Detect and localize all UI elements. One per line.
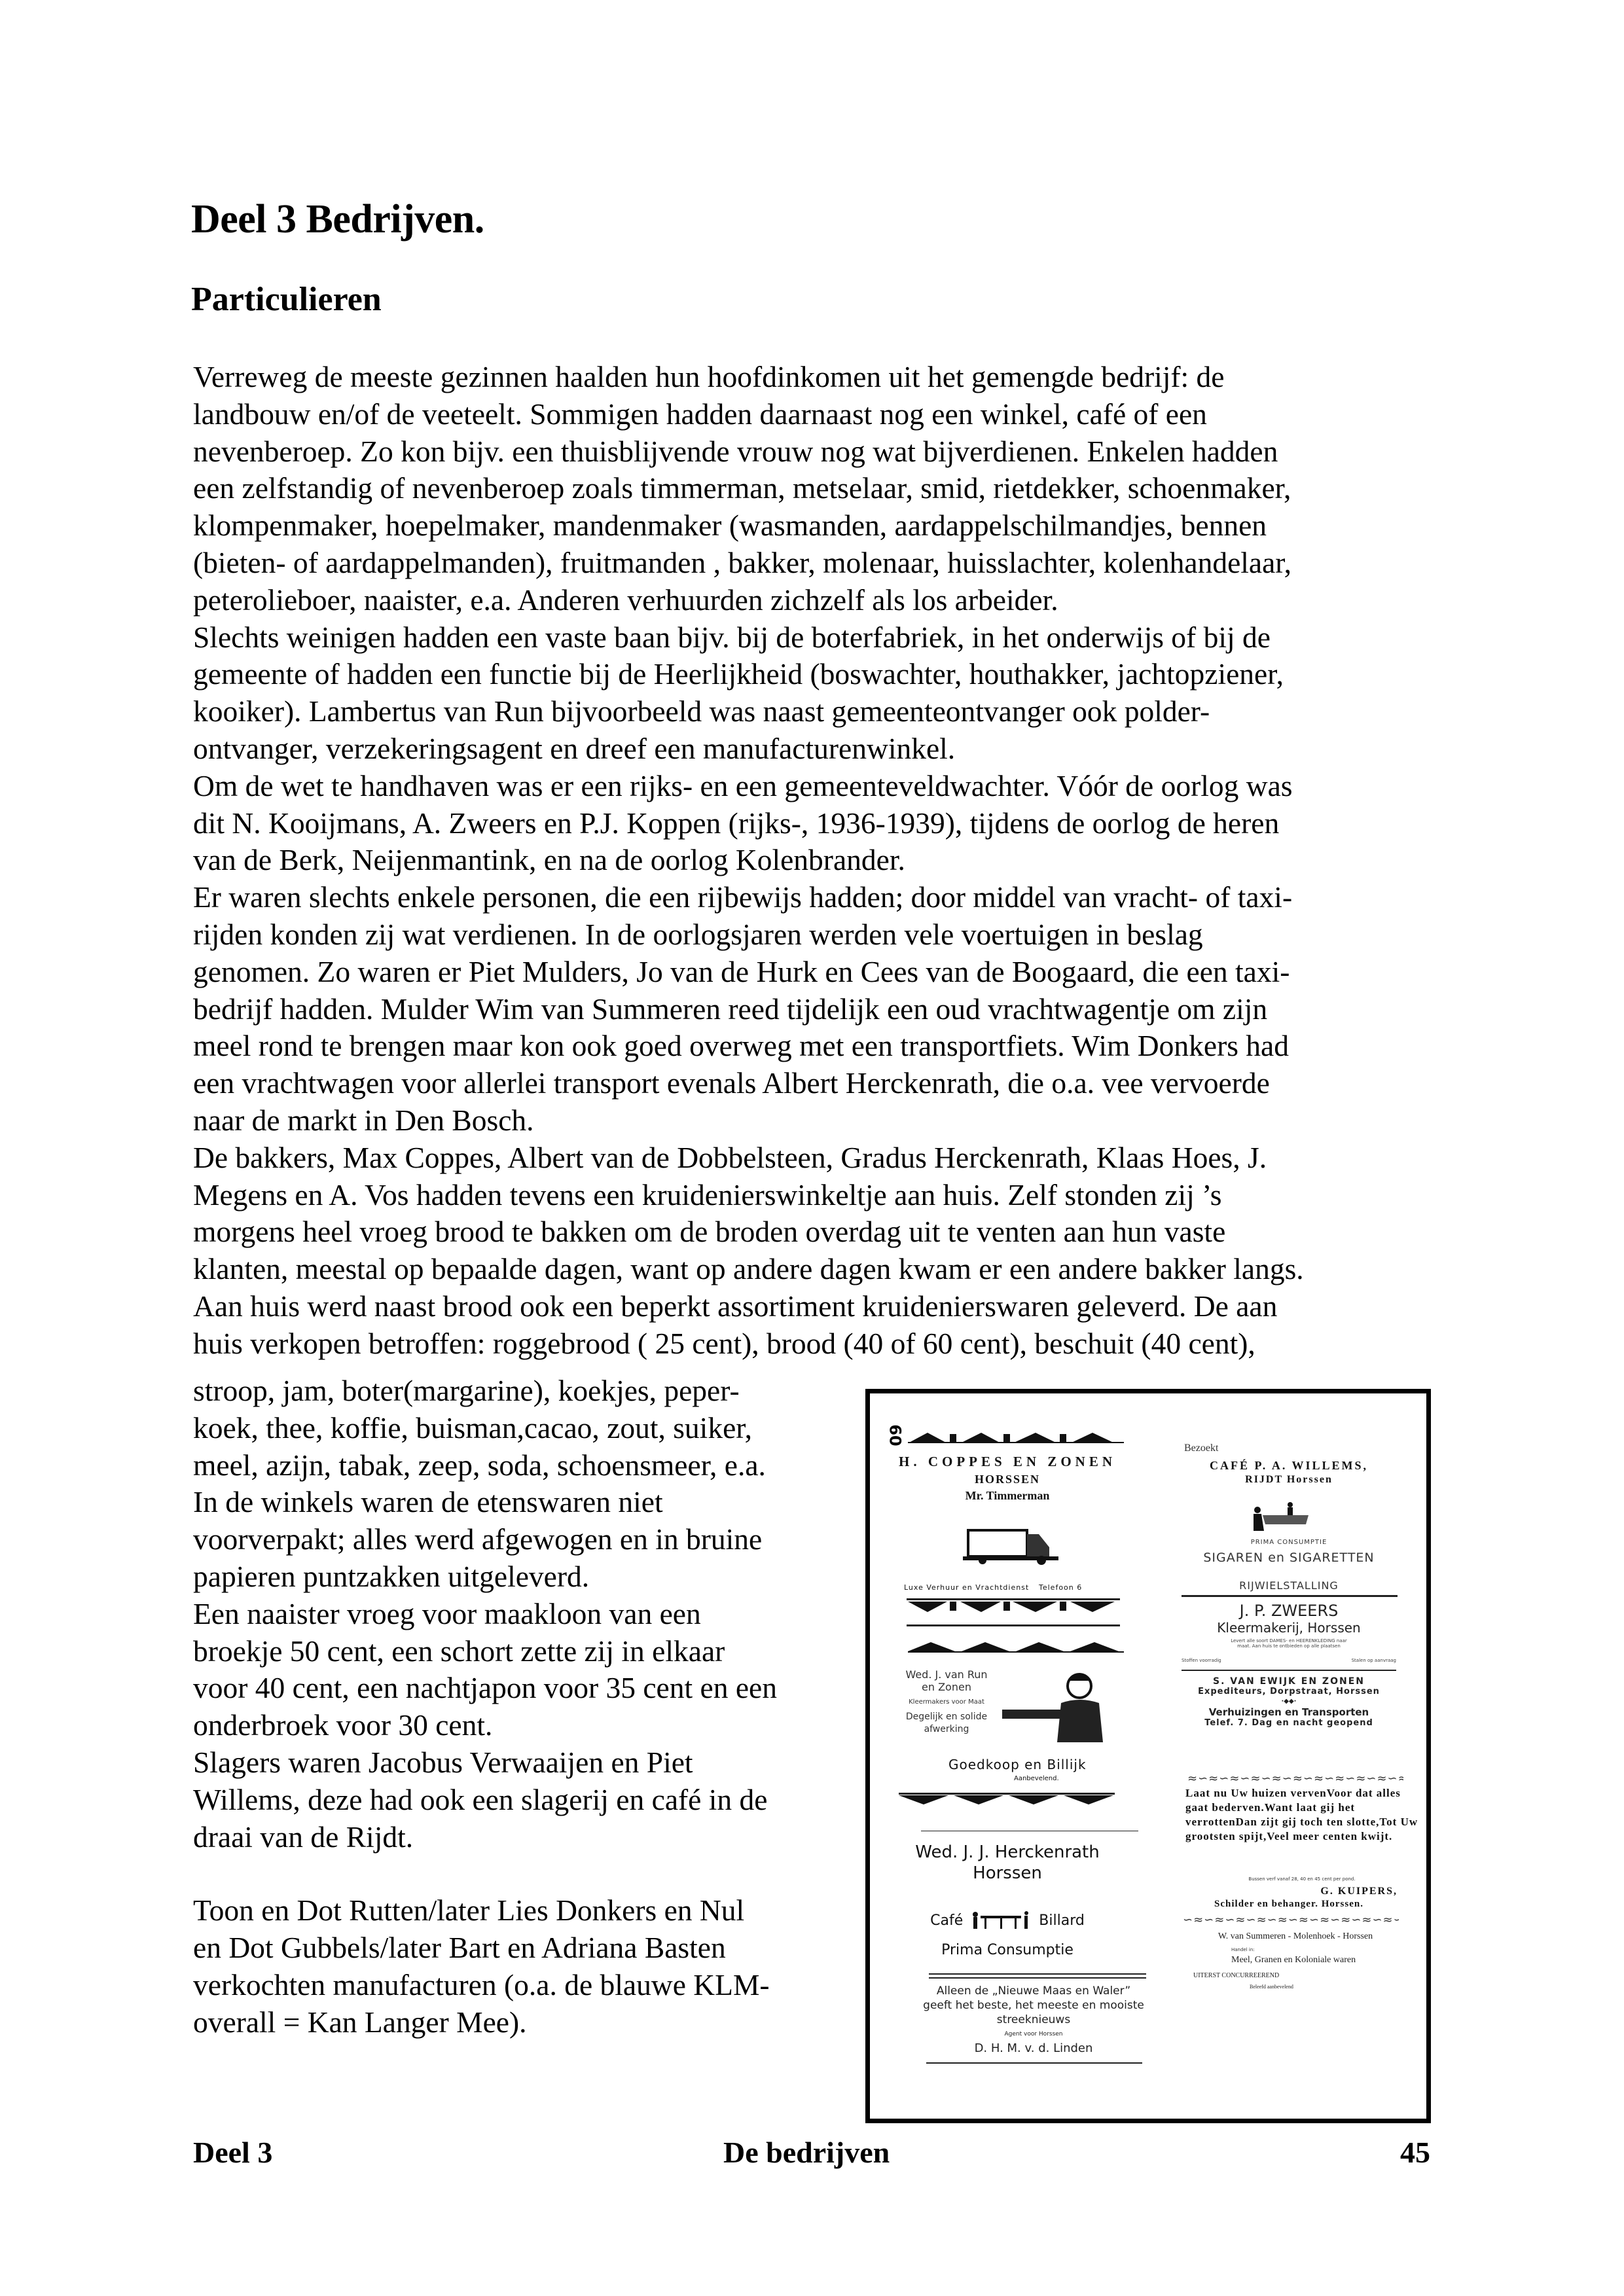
triangle-ornament-icon — [908, 1431, 1124, 1443]
ad-column-left: 60 H. COPPES EN ZONEN HORSSEN Mr. Timmer… — [870, 1393, 1145, 2119]
text-line: (bieten- of aardappelmanden), fruitmande… — [193, 545, 1437, 582]
ad-kuipers-price: Bussen verf vanaf 28, 40 en 45 cent per … — [1151, 1876, 1426, 1882]
ad-van-run: Wed. J. van Run en Zonen Kleermakers voo… — [897, 1668, 996, 1736]
ad-willems: CAFÉ P. A. WILLEMS, RIJDT Horssen — [1151, 1459, 1426, 1486]
page-footer: Deel 3 De bedrijven 45 — [193, 2135, 1430, 2174]
body-text-left-column: stroop, jam, boter(margarine), koekjes, … — [193, 1372, 854, 2041]
text-line: klompenmaker, hoepelmaker, mandenmaker (… — [193, 507, 1437, 545]
text-line: en Dot Gubbels/later Bart en Adriana Bas… — [193, 1929, 854, 1967]
text-line: papieren puntzakken uitgeleverd. — [193, 1558, 854, 1596]
ad-van-ewijk-phone: Telef. 7. Dag en nacht geopend — [1151, 1718, 1426, 1728]
text-line: Om de wet te handhaven was er een rijks-… — [193, 768, 1437, 805]
paragraph-gap — [193, 1856, 854, 1892]
ad-zweers-desc-2: maat. Aan huis te ontbieden op alle plaa… — [1151, 1643, 1426, 1649]
advertisement-scan-image: 60 H. COPPES EN ZONEN HORSSEN Mr. Timmer… — [865, 1389, 1431, 2123]
divider — [926, 2062, 1142, 2064]
ad-column-right: Bezoekt CAFÉ P. A. WILLEMS, RIJDT Horsse… — [1151, 1393, 1426, 2119]
text-line: Slechts weinigen hadden een vaste baan b… — [193, 619, 1437, 656]
ad-newspaper: Alleen de „Nieuwe Maas en Waler” geeft h… — [896, 1984, 1171, 2056]
text-line: Dan zijt gij toch ten slotte, — [1236, 1816, 1380, 1828]
decorative-border-icon: ∽≈∽≈∽≈∽≈∽≈∽≈∽≈∽≈∽≈∽≈∽≈∽≈∽≈ — [1183, 1913, 1399, 1927]
divider — [929, 1973, 1146, 1975]
ad-zweers-desc-1: Levert alle soort DAMES- en HEERENKLEDIN… — [1151, 1638, 1426, 1643]
text-line: verkochten manufacturen (o.a. de blauwe … — [193, 1967, 854, 2004]
ad-herckenrath-place: Horssen — [870, 1863, 1145, 1884]
ad-coppes: H. COPPES EN ZONEN HORSSEN Mr. Timmerman — [870, 1454, 1145, 1503]
ad-van-summeren-trade: Meel, Granen en Koloniale waren — [1151, 1955, 1426, 1965]
ad-herckenrath-billiard: Billard — [1039, 1912, 1085, 1929]
ad-newspaper-agent: Agent voor Horssen — [896, 2027, 1171, 2041]
divider — [921, 1831, 1138, 1831]
ad-van-run-quality-2: afwerking — [897, 1723, 996, 1736]
text-line: Er waren slechts enkele personen, die ee… — [193, 879, 1437, 916]
ad-van-run-slogan-block: Goedkoop en Billijk Aanbevelend. — [948, 1757, 1119, 1782]
text-line: Laat nu Uw huizen verven — [1185, 1787, 1327, 1799]
ad-van-summeren-closing: Beleefd aanbevelend — [1151, 1984, 1426, 1990]
text-line: onderbroek voor 30 cent. — [193, 1707, 854, 1744]
ad-van-ewijk-name: S. VAN EWIJK EN ZONEN — [1151, 1676, 1426, 1687]
ad-van-run-name-2: en Zonen — [897, 1681, 996, 1693]
ad-van-ewijk-sub: Expediteurs, Dorpstraat, Horssen — [1151, 1687, 1426, 1696]
ad-zweers-name: J. P. ZWEERS — [1151, 1602, 1426, 1620]
ad-newspaper-line-3: streeknieuws — [896, 2013, 1171, 2027]
triangle-ornament-icon — [899, 1795, 1115, 1807]
text-line: een zelfstandig of nevenberoep zoals tim… — [193, 470, 1437, 507]
text-line: bedrijf hadden. Mulder Wim van Summeren … — [193, 991, 1437, 1028]
text-line: ontvanger, verzekeringsagent en dreef ee… — [193, 730, 1437, 768]
footer-part-label: Deel 3 — [193, 2135, 272, 2170]
divider — [1182, 1670, 1396, 1671]
ad-willems-name: CAFÉ P. A. WILLEMS, — [1151, 1459, 1426, 1473]
scan-page-number: 60 — [886, 1424, 905, 1446]
text-line: nevenberoep. Zo kon bijv. een thuisblijv… — [193, 433, 1437, 471]
text-line: Toon en Dot Rutten/later Lies Donkers en… — [193, 1892, 854, 1929]
ad-newspaper-line-2: geeft het beste, het meeste en mooiste — [896, 1998, 1171, 2013]
text-line: koek, thee, koffie, buisman,cacao, zout,… — [193, 1410, 854, 1447]
ad-van-summeren-name: W. van Summeren - Molenhoek - Horssen — [1151, 1931, 1426, 1942]
text-line: De bakkers, Max Coppes, Albert van de Do… — [193, 1139, 1437, 1177]
ad-van-run-closing: Aanbevelend. — [948, 1775, 1119, 1782]
ad-herckenrath-name: Wed. J. J. Herckenrath — [870, 1842, 1145, 1863]
ad-van-ewijk: S. VAN EWIJK EN ZONEN Expediteurs, Dorps… — [1151, 1676, 1426, 1728]
body-text-full-width: Verreweg de meeste gezinnen haalden hun … — [193, 359, 1437, 1363]
text-line: Slagers waren Jacobus Verwaaijen en Piet — [193, 1744, 854, 1782]
text-line: rijden konden zij wat verdienen. In de o… — [193, 916, 1437, 954]
ad-willems-consumptie: PRIMA CONSUMPTIE — [1151, 1539, 1426, 1546]
ad-kuipers-sub: Schilder en behanger. Horssen. — [1151, 1899, 1426, 1910]
ornament-icon: ·◆◆· — [1151, 1698, 1426, 1705]
ad-van-summeren-slogan: UITERST CONCURREEREND — [1151, 1972, 1426, 1979]
text-line: Megens en A. Vos hadden tevens een kruid… — [193, 1177, 1437, 1214]
ad-van-run-quality-1: Degelijk en solide — [897, 1711, 996, 1723]
text-line: Veel meer centen kwijt. — [1267, 1830, 1392, 1842]
ad-coppes-footer: Luxe Verhuur en Vrachtdienst Telefoon 6 — [870, 1583, 1145, 1592]
paragraph-group-manufacturen: Toon en Dot Rutten/later Lies Donkers en… — [193, 1892, 854, 2041]
footer-chapter-title: De bedrijven — [723, 2135, 890, 2170]
ad-willems-goods: SIGAREN en SIGARETTEN — [1151, 1551, 1426, 1565]
ad-kuipers-name: G. KUIPERS, — [1151, 1886, 1426, 1897]
divider — [907, 1624, 1120, 1626]
footer-page-number: 45 — [1400, 2135, 1430, 2170]
text-line: klanten, meestal op bepaalde dagen, want… — [193, 1251, 1437, 1288]
ad-newspaper-line-1: Alleen de „Nieuwe Maas en Waler” — [896, 1984, 1171, 1998]
text-line: voor 40 cent, een nachtjapon voor 35 cen… — [193, 1670, 854, 1707]
ad-van-run-sub: Kleermakers voor Maat — [897, 1696, 996, 1708]
ad-coppes-service: Luxe Verhuur en Vrachtdienst — [904, 1583, 1029, 1592]
ad-coppes-sub: Mr. Timmerman — [870, 1489, 1145, 1503]
text-line: Verreweg de meeste gezinnen haalden hun … — [193, 359, 1437, 396]
text-line: Aan huis werd naast brood ook een beperk… — [193, 1288, 1437, 1325]
text-line: van de Berk, Neijenmantink, en na de oor… — [193, 842, 1437, 879]
text-line: draai van de Rijdt. — [193, 1819, 854, 1856]
ad-zweers-notes: Stoffen voorradig Stalen op aanvraag — [1151, 1658, 1426, 1663]
ad-zweers-sub: Kleermakerij, Horssen — [1151, 1620, 1426, 1636]
paragraph-group-groceries: stroop, jam, boter(margarine), koekjes, … — [193, 1372, 854, 1856]
triangle-ornament-icon — [908, 1641, 1124, 1653]
ad-herckenrath-cafe: Café — [930, 1912, 963, 1929]
ad-van-run-slogan: Goedkoop en Billijk — [948, 1757, 1119, 1772]
ad-van-run-name-1: Wed. J. van Run — [897, 1668, 996, 1681]
text-line: gemeente of hadden een functie bij de He… — [193, 656, 1437, 693]
ad-coppes-phone: Telefoon 6 — [1039, 1583, 1082, 1592]
ad-willems-intro: Bezoekt — [1151, 1443, 1426, 1454]
ad-zweers-left-note: Stoffen voorradig — [1182, 1658, 1221, 1663]
decorative-border-icon: ≈∽≈∽≈∽≈∽≈∽≈∽≈∽≈∽≈∽≈∽≈∽≈∽≈∽≈∽ — [1187, 1772, 1403, 1785]
page-title: Deel 3 Bedrijven. — [191, 196, 484, 243]
text-line: stroop, jam, boter(margarine), koekjes, … — [193, 1372, 854, 1410]
text-line: meel rond te brengen maar kon ook goed o… — [193, 1028, 1437, 1065]
ad-coppes-place: HORSSEN — [870, 1473, 1145, 1486]
text-line: Een naaister vroeg voor maakloon van een — [193, 1596, 854, 1633]
tailor-man-pointing-icon — [1002, 1672, 1113, 1747]
ad-zweers-right-note: Stalen op aanvraag — [1352, 1658, 1396, 1663]
triangle-ornament-icon — [908, 1602, 1124, 1613]
text-line: morgens heel vroeg brood te bakken om de… — [193, 1213, 1437, 1251]
ad-zweers: J. P. ZWEERS Kleermakerij, Horssen Lever… — [1151, 1602, 1426, 1649]
truck-icon — [963, 1528, 1061, 1566]
text-line: Willems, deze had ook een slagerij en ca… — [193, 1782, 854, 1819]
text-line: meel, azijn, tabak, zeep, soda, schoensm… — [193, 1447, 854, 1484]
ad-herckenrath: Wed. J. J. Herckenrath Horssen — [870, 1842, 1145, 1884]
billiard-table-icon — [971, 1910, 1030, 1931]
ad-van-ewijk-service: Verhuizingen en Transporten — [1151, 1706, 1426, 1718]
text-line: landbouw en/of de veeteelt. Sommigen had… — [193, 396, 1437, 433]
divider — [929, 1977, 1146, 1979]
text-line: een vrachtwagen voor allerlei transport … — [193, 1065, 1437, 1102]
divider — [907, 1598, 1120, 1600]
ad-willems-place: RIJDT Horssen — [1151, 1474, 1426, 1486]
text-line: overall = Kan Langer Mee). — [193, 2004, 854, 2041]
billiard-players-icon — [1250, 1501, 1315, 1532]
section-title: Particulieren — [191, 280, 382, 319]
text-line: huis verkopen betroffen: roggebrood ( 25… — [193, 1325, 1437, 1363]
ad-herckenrath-cafe-line: Café Billard — [870, 1910, 1145, 1931]
ad-van-summeren-trade-label: Handel in: — [1151, 1947, 1426, 1952]
text-line: kooiker). Lambertus van Run bijvoorbeeld… — [193, 693, 1437, 730]
text-line: naar de markt in Den Bosch. — [193, 1102, 1437, 1139]
ad-willems-storage: RIJWIELSTALLING — [1151, 1579, 1426, 1592]
ad-herckenrath-slogan: Prima Consumptie — [870, 1942, 1145, 1958]
ad-newspaper-name: D. H. M. v. d. Linden — [896, 2041, 1171, 2056]
divider — [899, 1793, 1115, 1795]
text-line: dit N. Kooijmans, A. Zweers en P.J. Kopp… — [193, 805, 1437, 842]
text-line: voorverpakt; alles werd afgewogen en in … — [193, 1521, 854, 1558]
text-line: genomen. Zo waren er Piet Mulders, Jo va… — [193, 954, 1437, 991]
text-line: broekje 50 cent, een schort zette zij in… — [193, 1633, 854, 1670]
text-line: peterolieboer, naaister, e.a. Anderen ve… — [193, 582, 1437, 619]
ad-kuipers-poem: Laat nu Uw huizen vervenVoor dat alles g… — [1151, 1786, 1426, 1844]
text-line: In de winkels waren de etenswaren niet — [193, 1484, 854, 1521]
ad-coppes-name: H. COPPES EN ZONEN — [870, 1454, 1145, 1470]
divider — [1182, 1595, 1398, 1597]
